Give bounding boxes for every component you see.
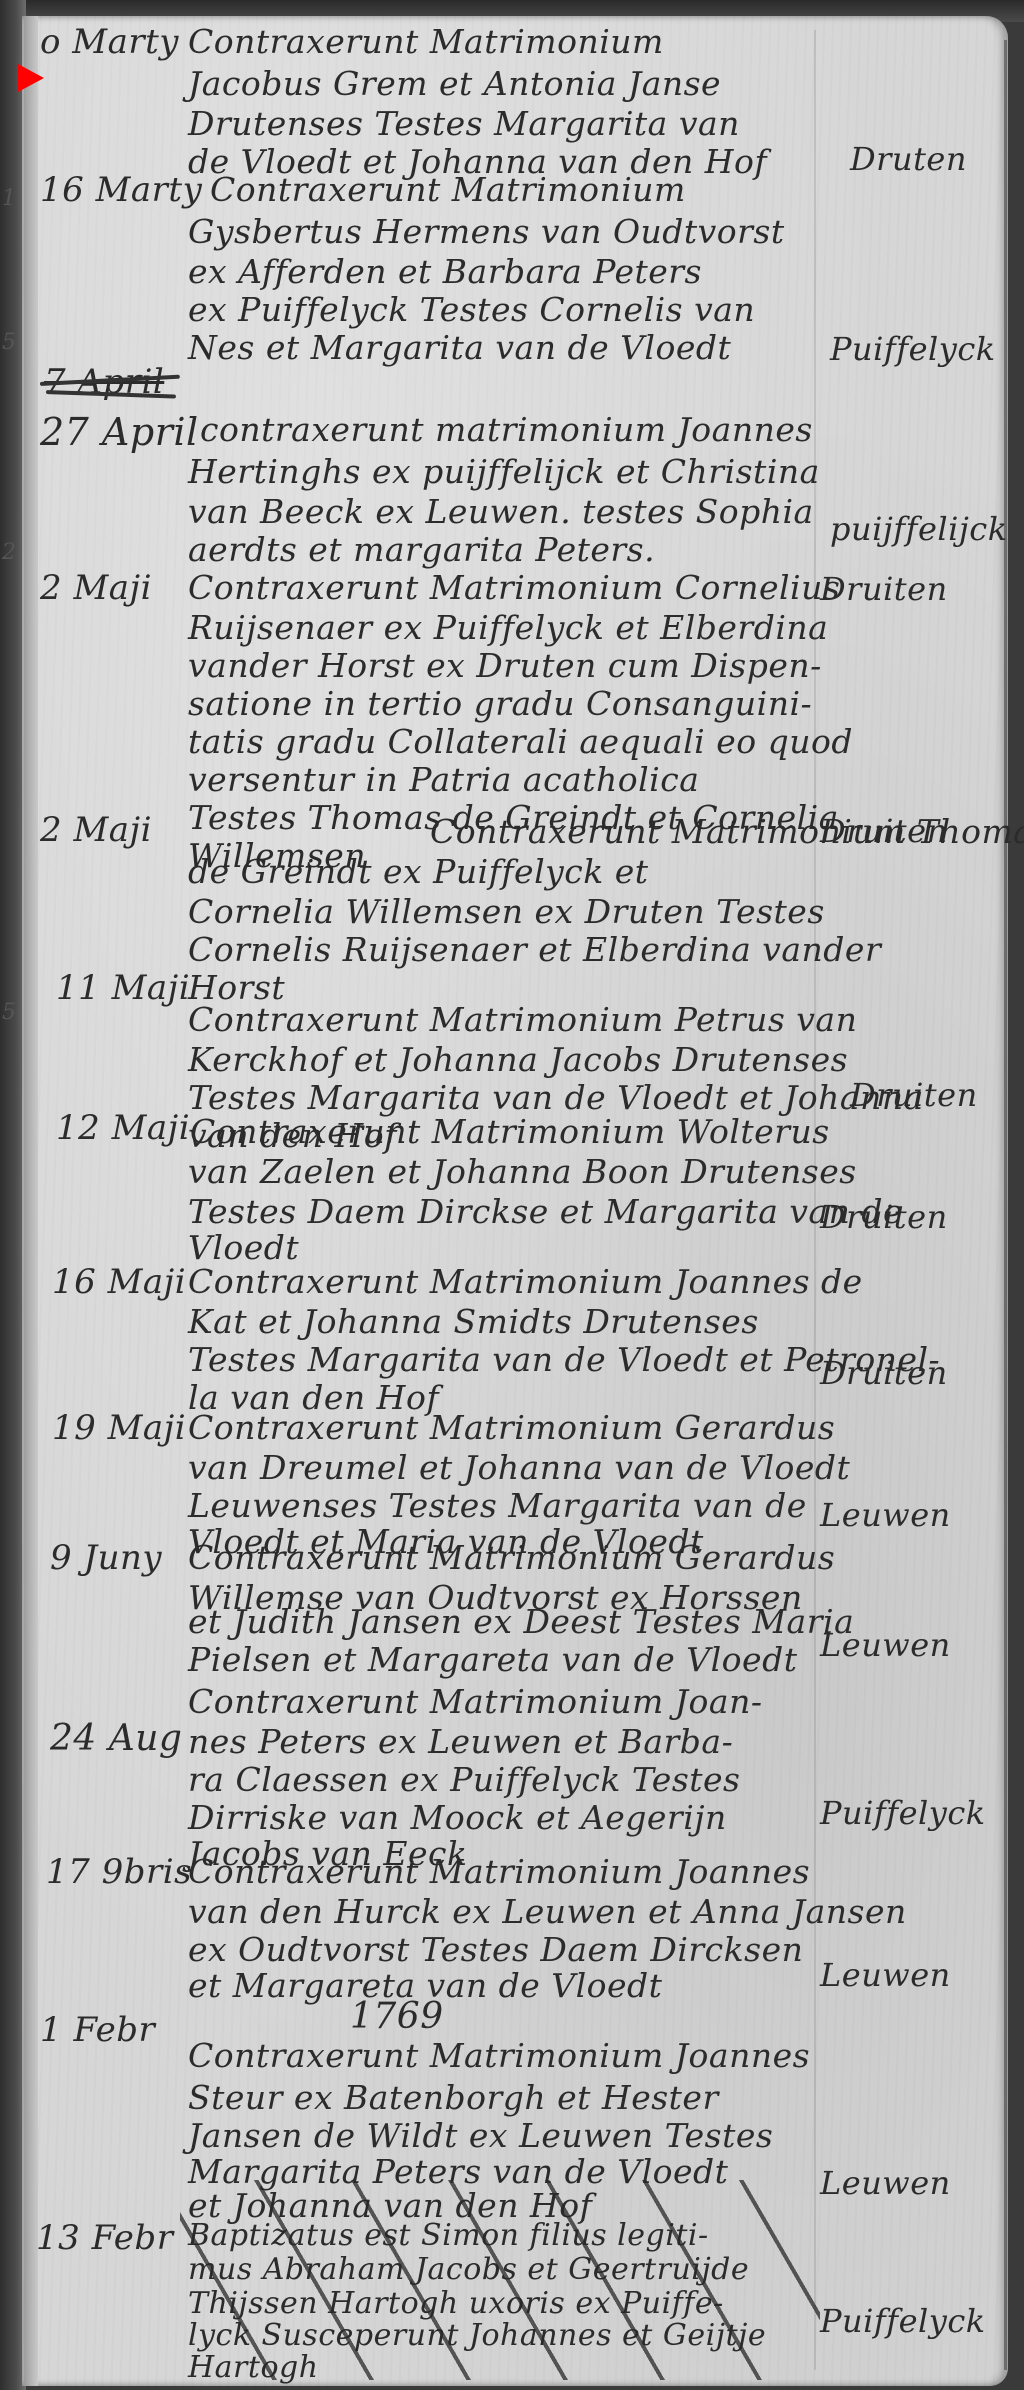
entry-place: Druiten (820, 1198, 948, 1236)
entry-line: Contraxerunt Matrimonium Gerardus (188, 1408, 835, 1447)
entry-line: tatis gradu Collaterali aequali eo quod (188, 722, 853, 761)
page-gutter (24, 16, 38, 2386)
entry-place: Puiffelyck (820, 1794, 986, 1832)
entry-line: Pielsen et Margareta van de Vloedt (188, 1640, 797, 1679)
entry-line: ex Puiffelyck Testes Cornelis van (188, 290, 755, 329)
entry-date: 27 April (40, 410, 190, 454)
entry-line: Jacobus Grem et Antonia Janse (188, 64, 721, 103)
entry-line: Contraxerunt Matrimonium (210, 170, 686, 209)
entry-date: 17 9bris (46, 1852, 196, 1892)
entry-line: Dirriske van Moock et Aegerijn (188, 1798, 727, 1837)
entry-line: Contraxerunt Matrimonium Wolterus (190, 1112, 830, 1151)
entry-line: Kat et Johanna Smidts Drutenses (188, 1302, 759, 1341)
entry-place: Druiten (850, 1076, 978, 1114)
entry-date: 11 Maji (56, 968, 206, 1008)
entry-line: ra Claessen ex Puiffelyck Testes (188, 1760, 741, 1799)
entry-date: 12 Maji (56, 1108, 206, 1148)
entry-line: nes Peters ex Leuwen et Barba- (188, 1722, 733, 1761)
entry-line: Contraxerunt Matrimonium Petrus van (188, 1000, 857, 1039)
entry-date: 16 Marty (40, 170, 190, 210)
entry-line: Testes Daem Dirckse et Margarita van de (188, 1192, 903, 1231)
entry-line: Ruijsenaer ex Puiffelyck et Elberdina (188, 608, 828, 647)
entry-date: 2 Maji (40, 810, 190, 850)
year-heading: 1769 (350, 1996, 444, 2037)
entry-line: Baptizatus est Simon filius legiti- (188, 2218, 709, 2253)
entry-line: Hertinghs ex puijffelijck et Christina (188, 452, 820, 491)
entry-date: 24 Aug (50, 1718, 200, 1759)
margin-number: 5 (2, 330, 17, 355)
entry-date: o Marty (40, 22, 190, 62)
entry-place: Leuwen (820, 2164, 951, 2202)
entry-line: Contraxerunt Matrimonium Gerardus (188, 1538, 835, 1577)
entry-line: versentur in Patria acatholica (188, 760, 699, 799)
page-right-edge (1004, 40, 1007, 2370)
entry-line: Contraxerunt Matrimonium Joannes (188, 1852, 810, 1891)
entry-line: Jansen de Wildt ex Leuwen Testes (188, 2116, 773, 2155)
entry-line: satione in tertio gradu Consanguini- (188, 684, 812, 723)
entry-line: Contraxerunt Matrimonium Joan- (188, 1682, 763, 1721)
entry-line: ex Afferden et Barbara Peters (188, 252, 702, 291)
entry-line: Contraxerunt Matrimonium Joannes de (188, 1262, 863, 1301)
entry-line: van Zaelen et Johanna Boon Drutenses (188, 1152, 857, 1191)
entry-place: puijffelijck (830, 510, 1008, 548)
entry-line: Steur ex Batenborgh et Hester (188, 2078, 719, 2117)
entry-line: aerdts et margarita Peters. (188, 530, 655, 569)
entry-date: 2 Maji (40, 568, 190, 608)
entry-line: Gysbertus Hermens van Oudtvorst (188, 212, 785, 251)
entry-line: Leuwenses Testes Margarita van de (188, 1486, 807, 1525)
margin-number: 2 (2, 540, 17, 565)
entry-line: contraxerunt matrimonium Joannes (200, 410, 813, 449)
entry-line: Cornelis Ruijsenaer et Elberdina vander (188, 930, 881, 969)
entry-date: 13 Febr (36, 2218, 186, 2258)
entry-date: 16 Maji (52, 1262, 202, 1302)
entry-line: Kerckhof et Johanna Jacobs Drutenses (188, 1040, 848, 1079)
entry-line: Hartogh (188, 2350, 319, 2385)
entry-line: de Greindt ex Puiffelyck et (188, 852, 649, 891)
entry-line: Cornelia Willemsen ex Druten Testes (188, 892, 825, 931)
red-pointer-marker-icon (18, 64, 44, 92)
margin-number: 1 (2, 186, 17, 211)
entry-line: Drutenses Testes Margarita van (188, 104, 740, 143)
entry-place: Puiffelyck (830, 330, 996, 368)
entry-place: Leuwen (820, 1626, 951, 1664)
entry-place: Druiten (820, 1354, 948, 1392)
entry-date: 19 Maji (52, 1408, 202, 1448)
entry-line: et Judith Jansen ex Deest Testes Maria (188, 1602, 854, 1641)
entry-date: 1 Febr (40, 2010, 190, 2050)
entry-line: ex Oudtvorst Testes Daem Dircksen (188, 1930, 803, 1969)
entry-place: Leuwen (820, 1496, 951, 1534)
entry-line: vander Horst ex Druten cum Dispen- (188, 646, 822, 685)
entry-line: Contraxerunt Matrimonium Joannes (188, 2036, 810, 2075)
entry-place: Druten (850, 140, 967, 178)
entry-place: Druiten (820, 570, 948, 608)
entry-line: Contraxerunt Matrimonium (188, 22, 664, 61)
entry-place: Puiffelyck (820, 2302, 986, 2340)
entry-place: Leuwen (820, 1956, 951, 1994)
entry-line: van Dreumel et Johanna van de Vloedt (188, 1448, 850, 1487)
entry-line: Thijssen Hartogh uxoris ex Puiffe- (188, 2286, 724, 2321)
entry-line: van Beeck ex Leuwen. testes Sophia (188, 492, 814, 531)
entry-line: Nes et Margarita van de Vloedt (188, 328, 731, 367)
margin-number: 5 (2, 1000, 17, 1025)
entry-place: Druiten (820, 812, 948, 850)
entry-line: van den Hurck ex Leuwen et Anna Jansen (188, 1892, 907, 1931)
entry-line: Contraxerunt Matrimonium Cornelius (188, 568, 840, 607)
entry-date: 9 Juny (50, 1538, 200, 1578)
entry-line: mus Abraham Jacobs et Geertruijde (188, 2252, 749, 2287)
entry-line: lyck Susceperunt Johannes et Geijtje (188, 2318, 766, 2353)
